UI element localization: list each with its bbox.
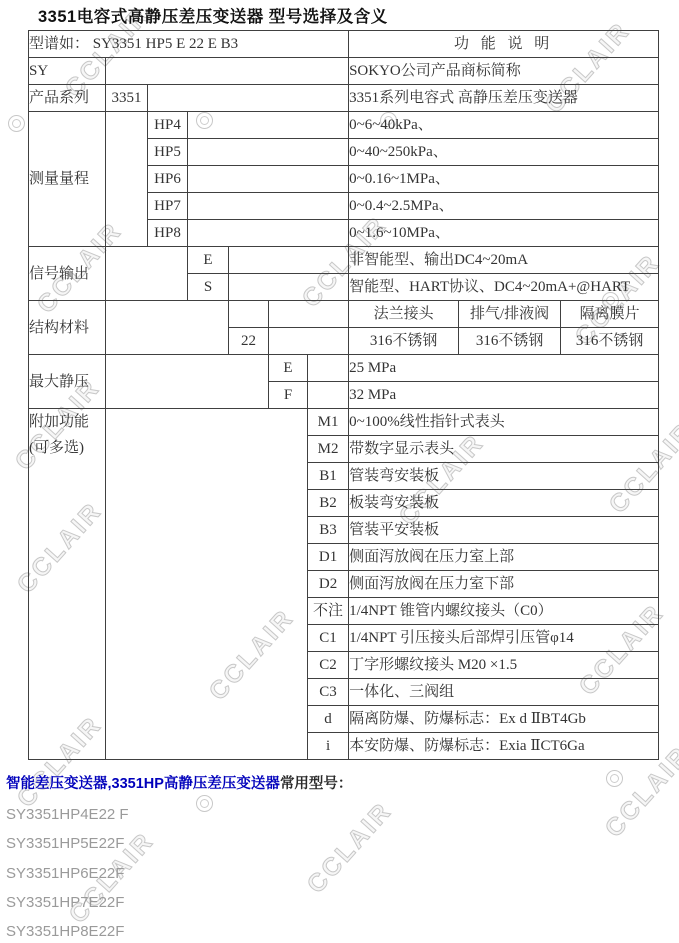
page-title: 3351电容式高静压差压变送器 型号选择及含义 bbox=[38, 3, 388, 27]
additional-code-cell: B3 bbox=[308, 517, 349, 544]
range-code-cell: HP8 bbox=[148, 220, 188, 247]
empty-cell bbox=[188, 166, 349, 193]
empty-cell bbox=[269, 328, 349, 355]
additional-label-cell: 附加功能 (可多选) bbox=[29, 409, 106, 760]
model-list-item: SY3351HP5E22F bbox=[6, 829, 129, 858]
empty-cell bbox=[308, 355, 349, 382]
empty-cell bbox=[188, 112, 349, 139]
table-row-header: 型谱如： SY3351 HP5 E 22 E B3 功 能 说 明 bbox=[29, 31, 659, 58]
empty-cell bbox=[106, 247, 188, 301]
footer-heading-link[interactable]: 智能差压变送器,3351HP高静压差压变送器 bbox=[6, 776, 280, 792]
additional-desc-cell: 丁字形螺纹接头 M20 ×1.5 bbox=[349, 652, 659, 679]
range-code-cell: HP7 bbox=[148, 193, 188, 220]
additional-code-cell: d bbox=[308, 706, 349, 733]
table-row-material-header: 结构材料 法兰接头 排气/排液阀 隔离膜片 bbox=[29, 301, 659, 328]
signal-desc-cell: 非智能型、输出DC4~20mA bbox=[349, 247, 659, 274]
empty-cell bbox=[229, 247, 349, 274]
additional-desc-cell: 隔离防爆、防爆标志：Ex d ⅡBT4Gb bbox=[349, 706, 659, 733]
additional-desc-cell: 板装弯安装板 bbox=[349, 490, 659, 517]
empty-cell bbox=[106, 409, 308, 760]
additional-code-cell: D1 bbox=[308, 544, 349, 571]
table-row-range: 测量量程 HP4 0~6~40kPa、 bbox=[29, 112, 659, 139]
additional-code-cell: M1 bbox=[308, 409, 349, 436]
model-list-item: SY3351HP4E22 F bbox=[6, 800, 129, 829]
static-pressure-desc-cell: 32 MPa bbox=[349, 382, 659, 409]
additional-desc-cell: 本安防爆、防爆标志：Exia ⅡCT6Ga bbox=[349, 733, 659, 760]
table-row-brand: SY SOKYO公司产品商标简称 bbox=[29, 58, 659, 85]
additional-desc-cell: 管装弯安装板 bbox=[349, 463, 659, 490]
table-row-static-pressure: 最大静压 E 25 MPa bbox=[29, 355, 659, 382]
watermark-ring bbox=[606, 770, 623, 787]
model-list-item: SY3351HP8E22F bbox=[6, 917, 129, 943]
empty-cell bbox=[188, 220, 349, 247]
series-desc-cell: 3351系列电容式 高静压差压变送器 bbox=[349, 85, 659, 112]
additional-code-cell: C1 bbox=[308, 625, 349, 652]
additional-desc-cell: 0~100%线性指针式表头 bbox=[349, 409, 659, 436]
additional-code-cell: C2 bbox=[308, 652, 349, 679]
signal-desc-cell: 智能型、HART协议、DC4~20mA+@HART bbox=[349, 274, 659, 301]
static-pressure-desc-cell: 25 MPa bbox=[349, 355, 659, 382]
material-colheader-cell: 法兰接头 bbox=[349, 301, 459, 328]
material-colheader-cell: 隔离膜片 bbox=[561, 301, 659, 328]
material-value-cell: 316不锈钢 bbox=[349, 328, 459, 355]
table-row-additional: 附加功能 (可多选) M1 0~100%线性指针式表头 bbox=[29, 409, 659, 436]
additional-desc-cell: 一体化、三阀组 bbox=[349, 679, 659, 706]
brand-desc-cell: SOKYO公司产品商标简称 bbox=[349, 58, 659, 85]
material-value-cell: 316不锈钢 bbox=[561, 328, 659, 355]
additional-desc-cell: 1/4NPT 引压接头后部焊引压管φ14 bbox=[349, 625, 659, 652]
range-code-cell: HP4 bbox=[148, 112, 188, 139]
additional-label-line2: (可多选) bbox=[29, 435, 105, 461]
additional-desc-cell: 侧面泻放阀在压力室上部 bbox=[349, 544, 659, 571]
range-desc-cell: 0~6~40kPa、 bbox=[349, 112, 659, 139]
footer-heading: 智能差压变送器,3351HP高静压差压变送器常用型号： bbox=[6, 772, 352, 793]
range-desc-cell: 0~0.16~1MPa、 bbox=[349, 166, 659, 193]
static-pressure-code-cell: F bbox=[269, 382, 308, 409]
material-code-cell: 22 bbox=[229, 328, 269, 355]
model-list-item: SY3351HP6E22F bbox=[6, 859, 129, 888]
material-label-cell: 结构材料 bbox=[29, 301, 106, 355]
empty-cell bbox=[106, 58, 349, 85]
empty-cell bbox=[188, 139, 349, 166]
additional-label-line1: 附加功能 bbox=[29, 409, 105, 435]
additional-code-cell: B2 bbox=[308, 490, 349, 517]
footer-heading-rest: 常用型号： bbox=[280, 776, 353, 792]
model-list-item: SY3351HP7E22F bbox=[6, 888, 129, 917]
additional-code-cell: i bbox=[308, 733, 349, 760]
empty-cell bbox=[188, 193, 349, 220]
static-pressure-code-cell: E bbox=[269, 355, 308, 382]
additional-desc-cell: 1/4NPT 锥管内螺纹接头（C0） bbox=[349, 598, 659, 625]
additional-code-cell: C3 bbox=[308, 679, 349, 706]
static-pressure-label-cell: 最大静压 bbox=[29, 355, 106, 409]
series-label-cell: 产品系列 bbox=[29, 85, 106, 112]
range-desc-cell: 0~0.4~2.5MPa、 bbox=[349, 193, 659, 220]
additional-desc-cell: 管装平安装板 bbox=[349, 517, 659, 544]
additional-code-cell: 不注 bbox=[308, 598, 349, 625]
brand-code-cell: SY bbox=[29, 58, 106, 85]
range-code-cell: HP5 bbox=[148, 139, 188, 166]
function-header-cell: 功 能 说 明 bbox=[349, 31, 659, 58]
empty-cell bbox=[106, 355, 269, 409]
watermark-ring bbox=[8, 115, 25, 132]
model-example-cell: 型谱如： SY3351 HP5 E 22 E B3 bbox=[29, 31, 349, 58]
table-row-signal: 信号输出 E 非智能型、输出DC4~20mA bbox=[29, 247, 659, 274]
range-code-cell: HP6 bbox=[148, 166, 188, 193]
model-list: SY3351HP4E22 F SY3351HP5E22F SY3351HP6E2… bbox=[6, 800, 129, 943]
empty-cell bbox=[269, 301, 349, 328]
empty-cell bbox=[148, 85, 349, 112]
series-code-cell: 3351 bbox=[106, 85, 148, 112]
material-colheader-cell: 排气/排液阀 bbox=[459, 301, 561, 328]
range-label-cell: 测量量程 bbox=[29, 112, 106, 247]
signal-label-cell: 信号输出 bbox=[29, 247, 106, 301]
signal-code-cell: E bbox=[188, 247, 229, 274]
additional-code-cell: D2 bbox=[308, 571, 349, 598]
material-value-cell: 316不锈钢 bbox=[459, 328, 561, 355]
additional-code-cell: B1 bbox=[308, 463, 349, 490]
empty-cell bbox=[308, 382, 349, 409]
table-row-series: 产品系列 3351 3351系列电容式 高静压差压变送器 bbox=[29, 85, 659, 112]
watermark-ring bbox=[196, 795, 213, 812]
empty-cell bbox=[229, 274, 349, 301]
empty-cell bbox=[229, 301, 269, 328]
range-desc-cell: 0~40~250kPa、 bbox=[349, 139, 659, 166]
model-selection-table: 型谱如： SY3351 HP5 E 22 E B3 功 能 说 明 SY SOK… bbox=[28, 30, 659, 760]
additional-desc-cell: 带数字显示表头 bbox=[349, 436, 659, 463]
empty-cell bbox=[106, 301, 229, 355]
empty-cell bbox=[106, 112, 148, 247]
range-desc-cell: 0~1.6~10MPa、 bbox=[349, 220, 659, 247]
watermark: CCLAIR bbox=[302, 797, 399, 900]
signal-code-cell: S bbox=[188, 274, 229, 301]
additional-desc-cell: 侧面泻放阀在压力室下部 bbox=[349, 571, 659, 598]
additional-code-cell: M2 bbox=[308, 436, 349, 463]
